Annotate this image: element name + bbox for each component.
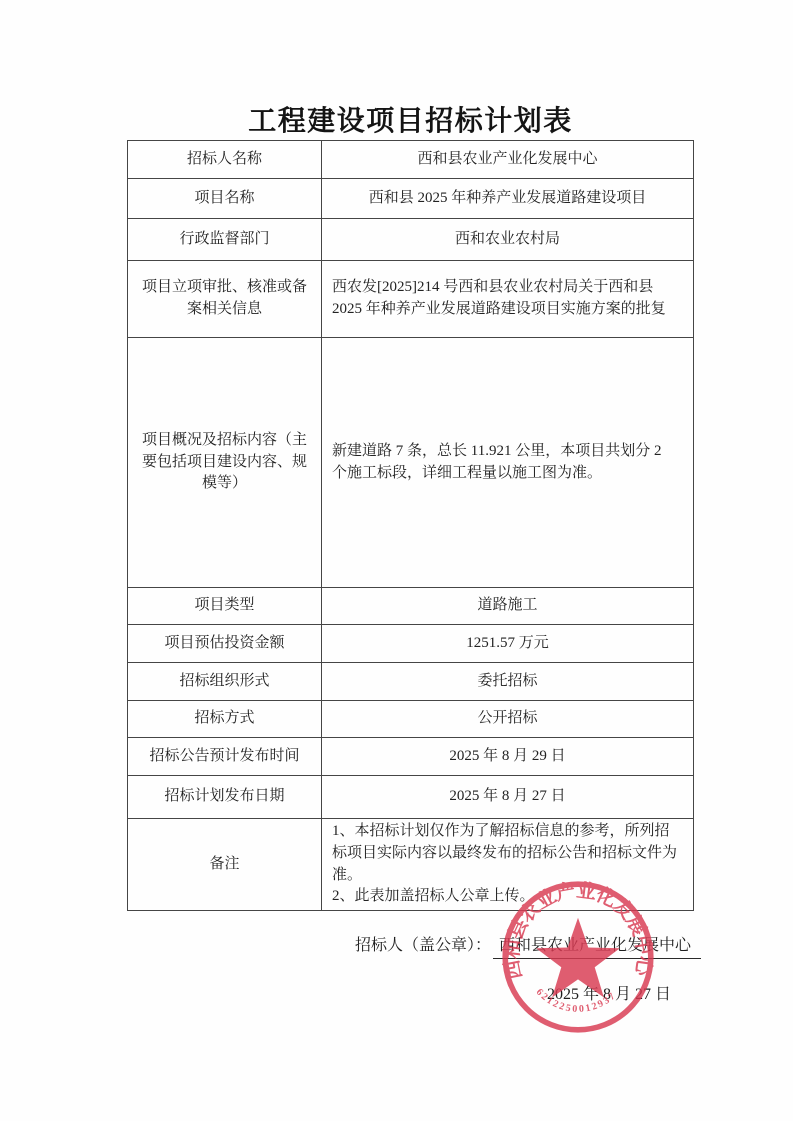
signature-line: 招标人（盖公章）：西和县农业产业化发展中心 bbox=[355, 932, 701, 959]
row-label: 项目概况及招标内容（主要包括项目建设内容、规模等） bbox=[128, 338, 322, 588]
row-value: 2025 年 8 月 29 日 bbox=[322, 738, 694, 776]
table-row: 项目名称 西和县 2025 年种养产业发展道路建设项目 bbox=[128, 179, 694, 219]
row-label: 项目名称 bbox=[128, 179, 322, 219]
table-row: 招标组织形式 委托招标 bbox=[128, 663, 694, 701]
row-value: 1251.57 万元 bbox=[322, 625, 694, 663]
table-row: 项目立项审批、核准或备案相关信息 西农发[2025]214 号西和县农业农村局关… bbox=[128, 261, 694, 338]
row-value: 西农发[2025]214 号西和县农业农村局关于西和县 2025 年种养产业发展… bbox=[322, 261, 694, 338]
table-row: 项目类型 道路施工 bbox=[128, 588, 694, 625]
row-value: 新建道路 7 条，总长 11.921 公里，本项目共划分 2 个施工标段，详细工… bbox=[322, 338, 694, 588]
row-value: 西和县农业产业化发展中心 bbox=[322, 141, 694, 179]
row-value: 道路施工 bbox=[322, 588, 694, 625]
row-value: 公开招标 bbox=[322, 701, 694, 738]
row-value: 西和县 2025 年种养产业发展道路建设项目 bbox=[322, 179, 694, 219]
row-label: 行政监督部门 bbox=[128, 219, 322, 261]
signature-date: 2025 年 8 月 27 日 bbox=[547, 981, 671, 1004]
row-label: 招标人名称 bbox=[128, 141, 322, 179]
row-label: 备注 bbox=[128, 819, 322, 911]
row-value: 1、本招标计划仅作为了解招标信息的参考，所列招标项目实际内容以最终发布的招标公告… bbox=[322, 819, 694, 911]
table-row: 行政监督部门 西和农业农村局 bbox=[128, 219, 694, 261]
row-value: 2025 年 8 月 27 日 bbox=[322, 776, 694, 819]
document-page: 工程建设项目招标计划表 招标人名称 西和县农业产业化发展中心 项目名称 西和县 … bbox=[0, 0, 793, 1121]
table-row: 招标人名称 西和县农业产业化发展中心 bbox=[128, 141, 694, 179]
signature-label: 招标人（盖公章）： bbox=[355, 937, 491, 954]
row-label: 招标计划发布日期 bbox=[128, 776, 322, 819]
row-label: 招标方式 bbox=[128, 701, 322, 738]
row-label: 招标组织形式 bbox=[128, 663, 322, 701]
table-row: 项目预估投资金额 1251.57 万元 bbox=[128, 625, 694, 663]
signature-name: 西和县农业产业化发展中心 bbox=[493, 932, 701, 959]
bidding-plan-table: 招标人名称 西和县农业产业化发展中心 项目名称 西和县 2025 年种养产业发展… bbox=[127, 140, 694, 911]
table-row: 招标方式 公开招标 bbox=[128, 701, 694, 738]
table-row: 招标公告预计发布时间 2025 年 8 月 29 日 bbox=[128, 738, 694, 776]
table-row: 项目概况及招标内容（主要包括项目建设内容、规模等） 新建道路 7 条，总长 11… bbox=[128, 338, 694, 588]
table-row: 招标计划发布日期 2025 年 8 月 27 日 bbox=[128, 776, 694, 819]
page-title: 工程建设项目招标计划表 bbox=[127, 99, 694, 139]
table-row: 备注 1、本招标计划仅作为了解招标信息的参考，所列招标项目实际内容以最终发布的招… bbox=[128, 819, 694, 911]
row-value: 西和农业农村局 bbox=[322, 219, 694, 261]
row-label: 招标公告预计发布时间 bbox=[128, 738, 322, 776]
row-label: 项目类型 bbox=[128, 588, 322, 625]
row-label: 项目立项审批、核准或备案相关信息 bbox=[128, 261, 322, 338]
row-value: 委托招标 bbox=[322, 663, 694, 701]
row-label: 项目预估投资金额 bbox=[128, 625, 322, 663]
